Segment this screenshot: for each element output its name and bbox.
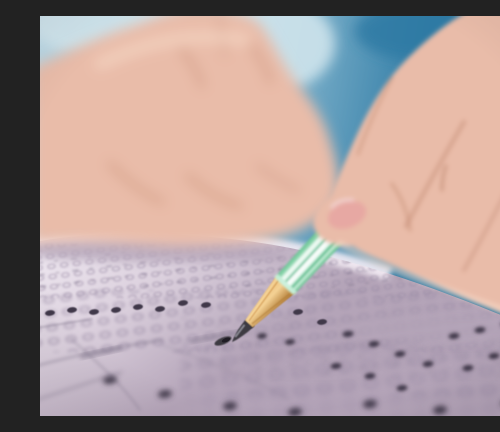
exam-photo [40, 16, 500, 416]
photo-canvas [40, 16, 500, 416]
vignette [40, 16, 500, 416]
